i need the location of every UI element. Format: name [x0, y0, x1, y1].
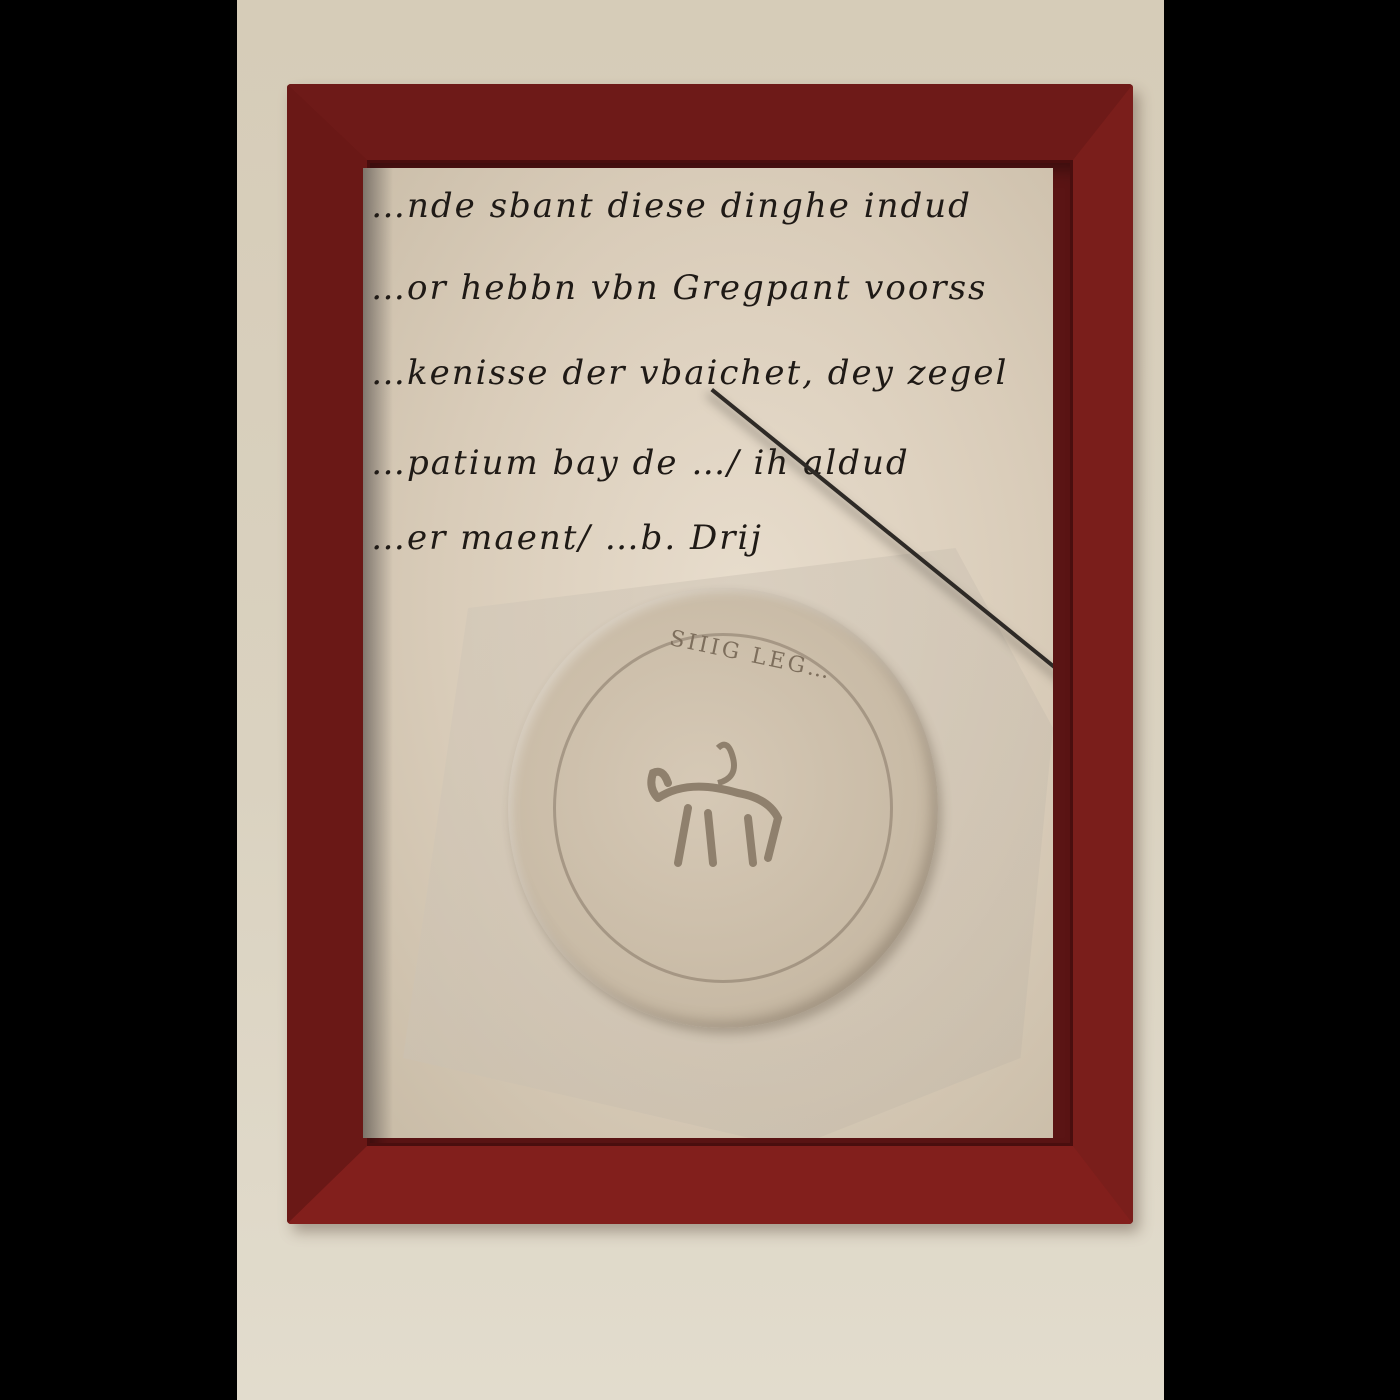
framed-photograph: …nde sbant diese dinghe indud …or hebbn … [363, 168, 1053, 1138]
script-line-3: …kenisse der vbaichet, dey zegel [371, 353, 1008, 393]
script-line-5: …er maent/ …b. Drij [371, 518, 763, 558]
script-line-2: …or hebbn vbn Gregpant voorss [371, 268, 987, 308]
script-line-1: …nde sbant diese dinghe indud [371, 186, 972, 226]
seal-animal-icon [618, 738, 818, 878]
wax-seal: SIIIG LEG… [508, 588, 938, 1028]
script-line-4: …patium bay de …/ ih aldud [371, 443, 910, 483]
edge-shadow [363, 168, 393, 1138]
